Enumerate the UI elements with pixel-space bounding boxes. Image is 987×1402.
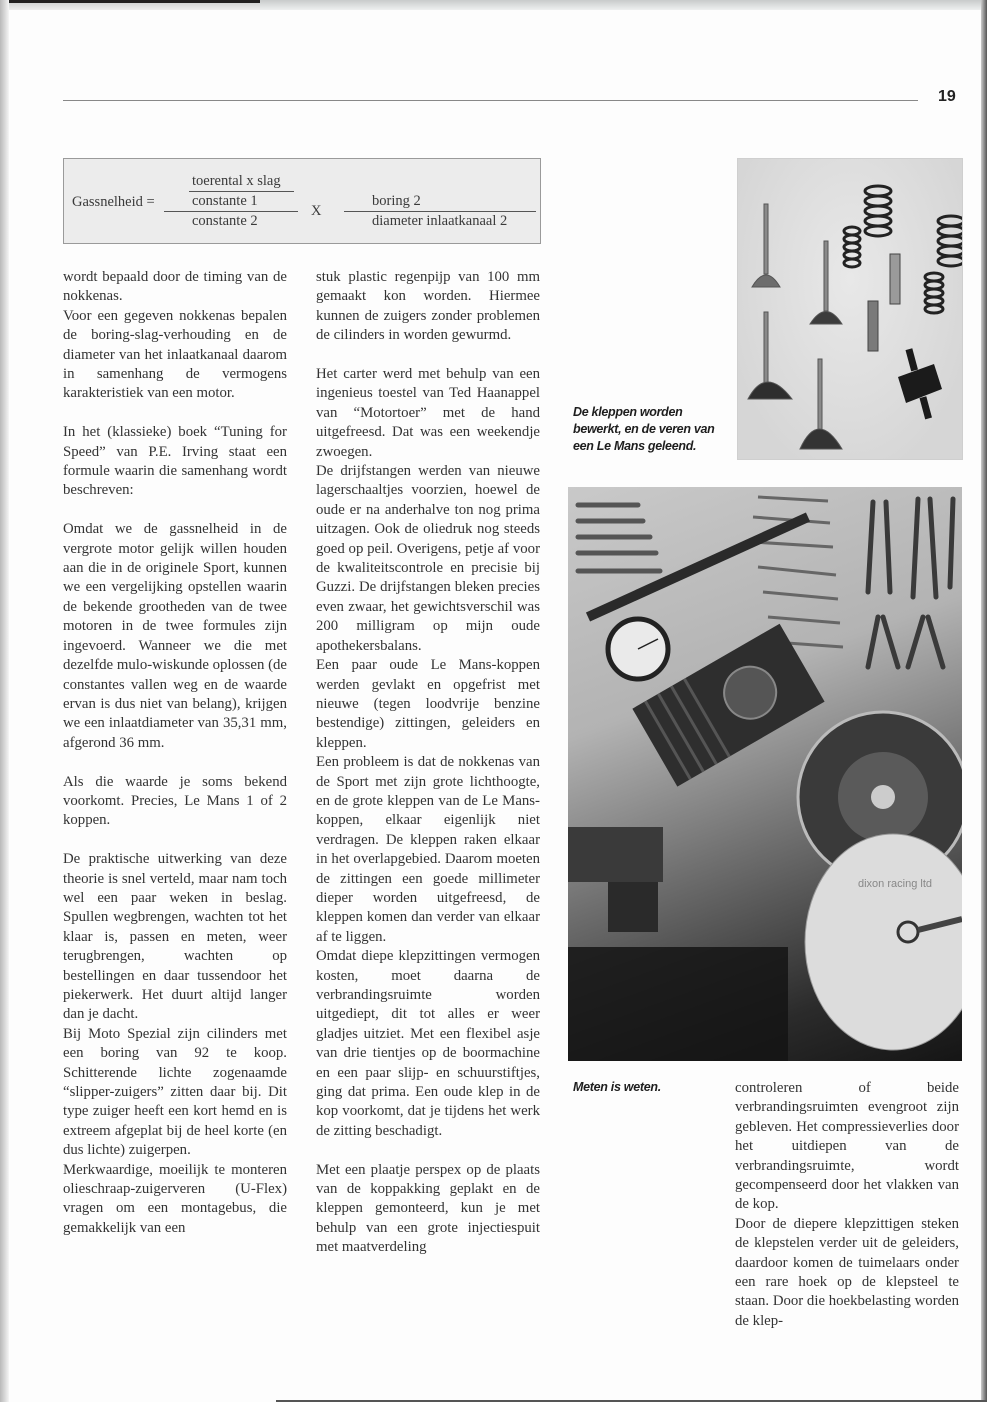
- text-column-3: controleren of beide verbrandingsruimten…: [735, 1079, 959, 1331]
- formula-box: Gassnelheid = toerental x slag constante…: [63, 158, 541, 244]
- scan-edge-left: [0, 0, 9, 1402]
- text-column-1: wordt bepaald door de timing van de nokk…: [63, 268, 287, 1238]
- paragraph: controleren of beide verbrandingsruimten…: [735, 1079, 959, 1215]
- valves-illustration: [738, 159, 963, 460]
- paragraph: De drijfstangen werden van nieuwe lagers…: [316, 462, 540, 656]
- paragraph: Een probleem is dat de nokkenas van de S…: [316, 753, 540, 947]
- scan-edge-right: [981, 0, 987, 1402]
- formula-lhs: Gassnelheid =: [72, 194, 155, 211]
- page-number: 19: [938, 88, 956, 106]
- header-rule: [63, 100, 918, 101]
- paragraph: Als die waarde je soms bekend voorkomt. …: [63, 773, 287, 831]
- paragraph: Een paar oude Le Mans-koppen werden gevl…: [316, 656, 540, 753]
- paragraph: Het carter werd met behulp van een ingen…: [316, 365, 540, 462]
- paragraph: Bij Moto Spezial zijn cilinders met een …: [63, 1025, 287, 1161]
- text-column-2: stuk plastic regenpijp van 100 mm gemaak…: [316, 268, 540, 1258]
- caption-engine: Meten is weten.: [573, 1079, 723, 1096]
- formula-left-denominator: constante 2: [192, 213, 258, 230]
- formula-right-denominator: diameter inlaatkanaal 2: [372, 213, 507, 230]
- engine-illustration: dixon racing ltd: [568, 487, 962, 1061]
- photo-engine-measurement: dixon racing ltd: [568, 487, 962, 1061]
- formula-operator: X: [311, 203, 321, 220]
- formula-right-numerator: boring 2: [372, 193, 421, 210]
- paragraph: Door de diepere klepzittigen steken de k…: [735, 1215, 959, 1331]
- paragraph: Omdat diepe klepzittingen vermogen koste…: [316, 947, 540, 1141]
- paragraph: Voor een gegeven nokkenas bepalen de bor…: [63, 307, 287, 404]
- paragraph: Merkwaardige, moeilijk te monteren olies…: [63, 1161, 287, 1239]
- fraction-rule: [189, 191, 294, 192]
- paragraph: Met een plaatje perspex op de plaats van…: [316, 1161, 540, 1258]
- paragraph: In het (klassieke) boek “Tuning for Spee…: [63, 423, 287, 501]
- fraction-rule: [164, 211, 298, 212]
- formula-inner-numerator: toerental x slag: [192, 173, 281, 190]
- dial-label: dixon racing ltd: [858, 878, 932, 890]
- formula-inner-denominator: constante 1: [192, 193, 258, 210]
- scan-edge-top: [0, 0, 987, 10]
- paragraph: De praktische uitwerking van deze theori…: [63, 850, 287, 1025]
- paragraph: wordt bepaald door de timing van de nokk…: [63, 268, 287, 307]
- fraction-rule: [344, 211, 536, 212]
- paragraph: Omdat we de gassnelheid in de vergrote m…: [63, 520, 287, 753]
- paragraph: stuk plastic regenpijp van 100 mm gemaak…: [316, 268, 540, 346]
- caption-valves: De kleppen worden bewerkt, en de veren v…: [573, 404, 723, 455]
- photo-valves-springs: [737, 158, 963, 460]
